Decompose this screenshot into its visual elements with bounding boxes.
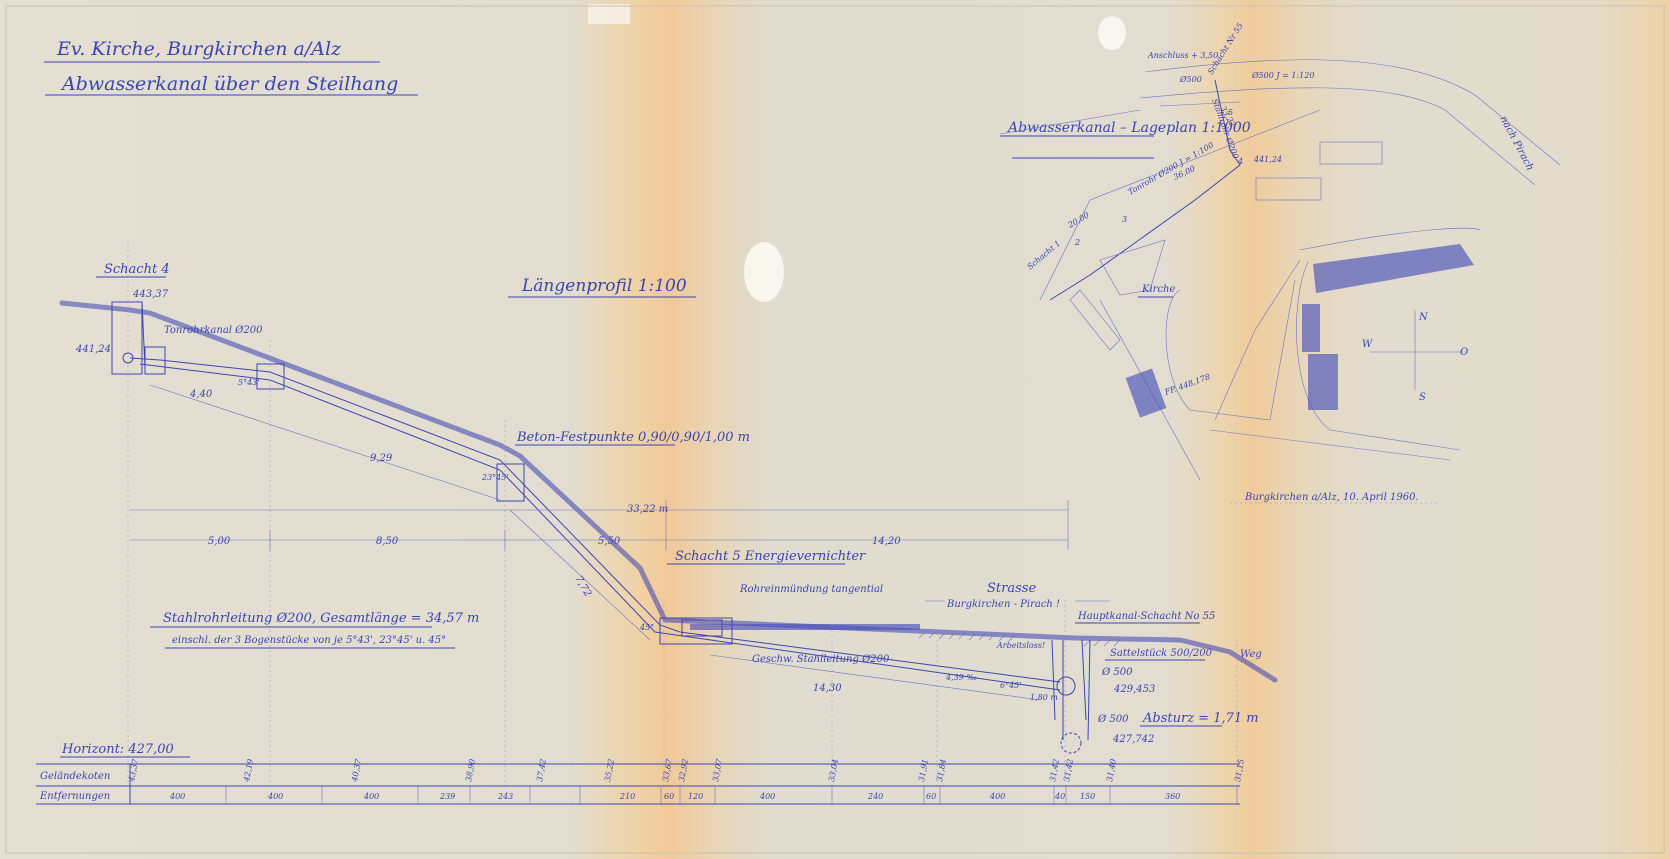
- compass-east: O: [1460, 347, 1468, 358]
- elevation: 33,07: [711, 757, 724, 782]
- distance: 400: [267, 792, 283, 801]
- distance: 60: [926, 792, 936, 801]
- connection-note: Anschluss + 3,50: [1147, 51, 1218, 60]
- dim-1-80: 1,80 m: [1030, 693, 1058, 702]
- distance: 210: [619, 792, 635, 801]
- shaft-num-2: 2: [1074, 238, 1080, 247]
- buried-pipe-note: Geschw. Stahlleitung Ø200: [752, 654, 890, 665]
- distance: 60: [664, 792, 674, 801]
- elevation: 35,22: [603, 758, 616, 782]
- clay-pipe-note: Tonrohrkanal Ø200: [164, 325, 263, 336]
- fixed-point-label: FP. 448,178: [1163, 372, 1212, 397]
- title-block: Ev. Kirche, Burgkirchen a/Alz Abwasserka…: [44, 38, 418, 95]
- distance: 120: [688, 792, 703, 801]
- pipe500-b: Ø500 J = 1:120: [1251, 71, 1314, 80]
- signature-date: Burgkirchen a/Alz, 10. April 1960.: [1244, 492, 1419, 503]
- road-sub-label: Burgkirchen - Pirach !: [946, 599, 1060, 610]
- distance: 150: [1080, 792, 1095, 801]
- len-20-00: 20,00: [1066, 210, 1091, 230]
- building: [1302, 304, 1320, 352]
- elevation: 31,42: [1062, 758, 1075, 782]
- level-441-24: 441,24: [1253, 155, 1282, 164]
- table-row1-label: Geländekoten: [40, 771, 110, 782]
- building: [1308, 354, 1338, 410]
- shaft55-label: Schacht Nr 55: [1206, 21, 1245, 76]
- elevation: 31,40: [1105, 758, 1118, 782]
- schacht4-top-level: 443,37: [132, 289, 169, 300]
- level-427-742: 427,742: [1112, 734, 1154, 745]
- distance: 239: [439, 792, 455, 801]
- shaft-num-3: 3: [1122, 215, 1127, 224]
- to-pirach-label: nach Pirach: [1497, 114, 1535, 172]
- sheet-border: [6, 6, 1664, 853]
- distance: 240: [867, 792, 883, 801]
- compass-rose: N S W O: [1362, 310, 1468, 403]
- distance: 360: [1165, 792, 1180, 801]
- profile-table: Geländekoten Entfernungen 43,37 42,19 40…: [36, 757, 1246, 804]
- dim-14-20: 14,20: [872, 536, 901, 547]
- bend1-length: 4,40: [189, 389, 213, 400]
- site-plan: Abwasserkanal – Lageplan 1:1000 N: [1000, 21, 1560, 480]
- elevation: 31,15: [1233, 758, 1246, 782]
- buried-length: 14,30: [813, 683, 842, 694]
- schacht4-invert-level: 441,24: [75, 344, 111, 355]
- profile-labels: Schacht 4 443,37 441,24 Tonrohrkanal Ø20…: [60, 262, 1262, 757]
- distance: 400: [989, 792, 1005, 801]
- title-line-1: Ev. Kirche, Burgkirchen a/Alz: [56, 38, 342, 60]
- clay-pipe-plan: Tonrohr Ø200 J = 1:100: [1127, 140, 1216, 196]
- blueprint-sheet: Ev. Kirche, Burgkirchen a/Alz Abwasserka…: [0, 0, 1670, 859]
- elevation: 42,19: [242, 758, 255, 783]
- fixpoints-note: Beton-Festpunkte 0,90/0,90/1,00 m: [516, 430, 750, 445]
- diagonal-length: 7,72: [572, 574, 593, 599]
- building: [1313, 244, 1474, 293]
- church-label: Kirche: [1141, 284, 1175, 295]
- pipe-inlet-note: Rohreinmündung tangential: [739, 584, 883, 595]
- schacht5-label: Schacht 5 Energievernichter: [675, 549, 866, 564]
- distance-values: 400 400 400 239 243 210 60 120 400 240 6…: [169, 792, 1180, 801]
- profile-heading: Längenprofil 1:100: [521, 276, 687, 296]
- schacht4-label: Schacht 4: [104, 262, 170, 277]
- distance: 400: [363, 792, 379, 801]
- main-shaft-label: Hauptkanal-Schacht No 55: [1077, 611, 1215, 622]
- way-label: Weg: [1240, 649, 1262, 660]
- segment-length: 9,29: [370, 453, 393, 464]
- building: [1126, 368, 1167, 417]
- table-row2-label: Entfernungen: [39, 791, 110, 802]
- elevation-values: 43,37 42,19 40,37 38,90 37,42 35,22 33,6…: [127, 757, 1246, 783]
- angle-note: 6°45': [1000, 681, 1021, 690]
- compass-south: S: [1419, 392, 1426, 403]
- work-pit-note: Arbeitsloss!: [996, 641, 1045, 650]
- shaft-num-5: 5: [1228, 108, 1233, 117]
- elevation: 32,92: [677, 758, 690, 782]
- bend1-angle: 5°43': [238, 378, 259, 387]
- diameter-500-1: Ø 500: [1101, 667, 1133, 678]
- elevation: 38,90: [464, 758, 477, 782]
- distance: 40: [1054, 792, 1065, 801]
- elevation: 33,67: [661, 757, 674, 782]
- paper-tear: [588, 4, 630, 24]
- elevation: 31,91: [917, 758, 930, 782]
- steel-pipe-note-2: einschl. der 3 Bogenstücke von je 5°43',…: [172, 635, 446, 646]
- level-429-453: 429,453: [1113, 684, 1155, 695]
- distance: 400: [759, 792, 775, 801]
- elevation: 33,04: [827, 758, 840, 782]
- compass-north: N: [1418, 312, 1429, 323]
- elevation: 37,42: [535, 758, 548, 782]
- title-line-2: Abwasserkanal über den Steilhang: [60, 73, 398, 95]
- drop-note: Absturz = 1,71 m: [1142, 711, 1259, 726]
- pipe500-a: Ø500: [1179, 75, 1202, 84]
- paper-stain: [1098, 16, 1126, 50]
- steel-pipe-note: Stahlrohrleitung Ø200, Gesamtlänge = 34,…: [163, 611, 479, 626]
- slope-note: 4,39 ‰: [945, 673, 977, 682]
- dim-5-50: 5,50: [598, 536, 621, 547]
- longitudinal-profile: [62, 240, 1275, 790]
- dim-total: 33,22 m: [627, 504, 668, 515]
- elevation: 43,37: [127, 757, 140, 783]
- shaft-num-4: 4: [1237, 157, 1243, 166]
- road-label: Strasse: [987, 581, 1036, 596]
- horizon-label: Horizont: 427,00: [61, 742, 174, 757]
- diameter-500-2: Ø 500: [1097, 714, 1129, 725]
- distance: 400: [169, 792, 185, 801]
- bend3-angle: 45°: [639, 623, 654, 632]
- dim-5-00: 5,00: [208, 536, 231, 547]
- elevation: 31,42: [1048, 758, 1061, 782]
- saddle-note: Sattelstück 500/200: [1110, 648, 1213, 659]
- distance: 243: [497, 792, 513, 801]
- bend2-angle: 23°45': [481, 473, 509, 482]
- drawing-canvas: Ev. Kirche, Burgkirchen a/Alz Abwasserka…: [0, 0, 1670, 859]
- elevation: 40,37: [350, 757, 363, 783]
- paper-stain: [744, 242, 784, 302]
- dim-8-50: 8,50: [376, 536, 399, 547]
- compass-west: W: [1362, 339, 1373, 350]
- site-plan-heading: Abwasserkanal – Lageplan 1:1000: [1006, 120, 1251, 136]
